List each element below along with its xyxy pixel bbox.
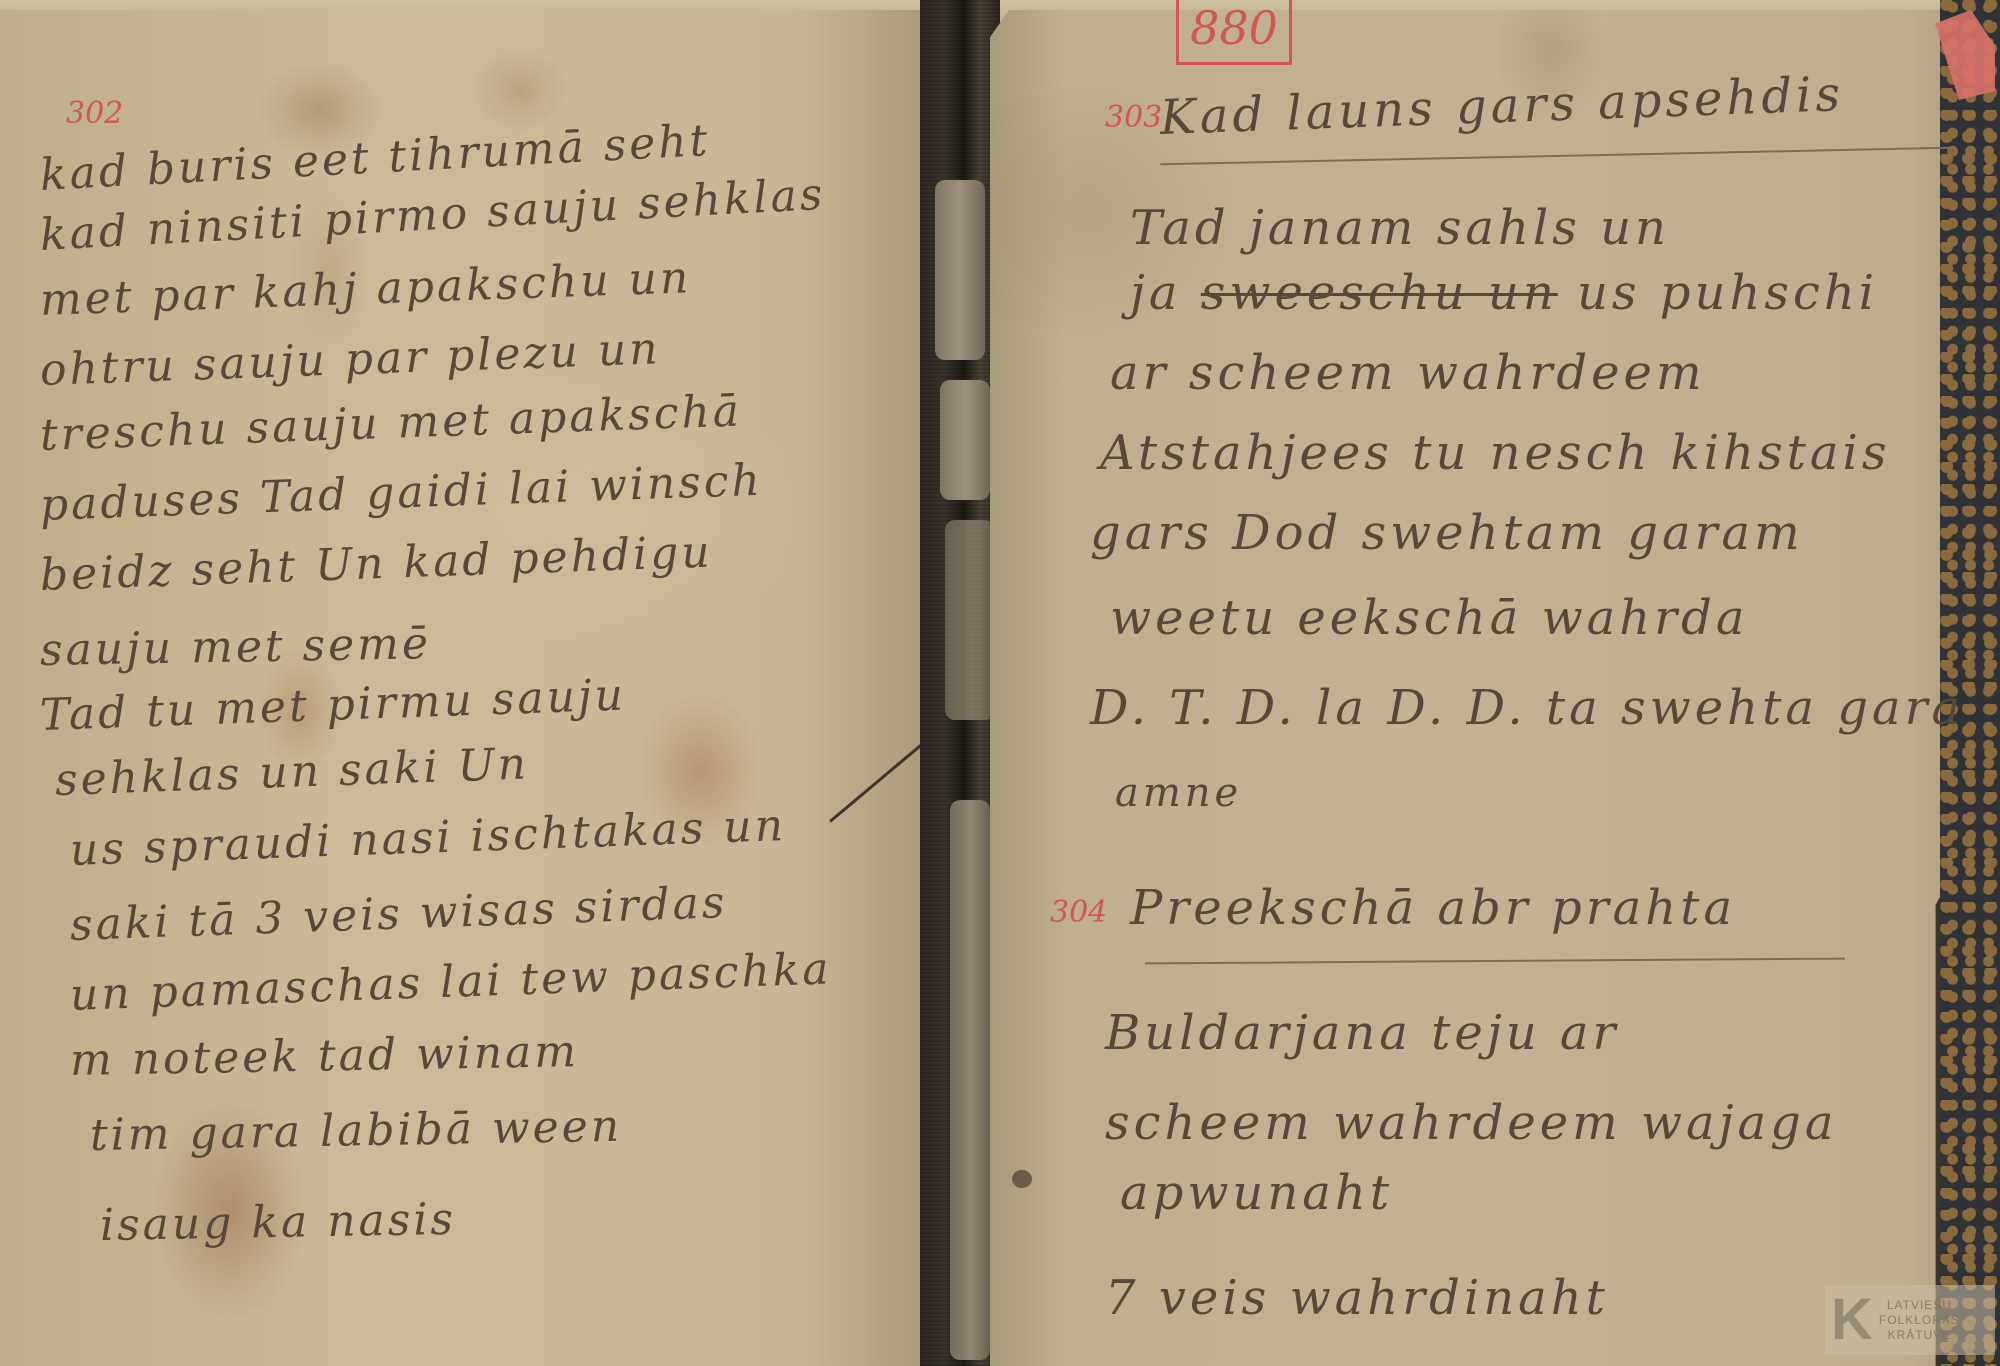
- line-text-continued: us puhschi: [1577, 265, 1878, 321]
- spine-torn-paper: [940, 380, 990, 500]
- struck-out-text: sweeschu un: [1201, 265, 1558, 321]
- entry-303-line-1: Tad janam sahls un: [1130, 200, 1670, 256]
- left-line-16: isaug ka nasis: [100, 1194, 457, 1251]
- archive-watermark: K LATVIEŠU FOLKLORAS KRĀTUVE: [1825, 1285, 1995, 1355]
- entry-304-line-1: Buldarjana teju ar: [1105, 1005, 1619, 1061]
- entry-number-302: 302: [66, 96, 123, 131]
- entry-303-line-6: weetu eekschā wahrda: [1110, 590, 1748, 646]
- entry-303-line-8: amne: [1115, 770, 1242, 816]
- archive-name-line: LATVIEŠU: [1879, 1298, 1960, 1313]
- entry-303-line-7: D. T. D. la D. D. ta swehta gara: [1090, 680, 1964, 736]
- entry-303-line-5: gars Dod swehtam garam: [1090, 505, 1804, 561]
- line-text: ja: [1130, 265, 1182, 321]
- entry-304-title: Preekschā abr prahta: [1130, 880, 1736, 936]
- entry-304-line-3: apwunaht: [1120, 1165, 1393, 1221]
- entry-303-line-3: ar scheem wahrdeem: [1110, 345, 1705, 401]
- left-line-14: m noteek tad winam: [70, 1026, 580, 1086]
- left-line-15: tim gara labibā ween: [90, 1101, 623, 1161]
- entry-303-line-2: ja sweeschu un us puhschi: [1130, 265, 1878, 321]
- entry-304-line-2: scheem wahrdeem wajaga: [1105, 1095, 1837, 1151]
- spine-torn-paper: [950, 800, 990, 1360]
- spine-torn-paper: [945, 520, 995, 720]
- archive-logo-icon: K: [1831, 1291, 1873, 1349]
- left-line-8: sauju met semē: [40, 618, 432, 676]
- entry-number-303: 303: [1105, 100, 1162, 135]
- ink-blot: [1012, 1170, 1032, 1188]
- archive-name-line: KRĀTUVE: [1879, 1328, 1960, 1343]
- spine-torn-paper: [935, 180, 985, 360]
- archive-name-line: FOLKLORAS: [1879, 1313, 1960, 1328]
- entry-304-line-4: 7 veis wahrdinaht: [1105, 1270, 1609, 1326]
- archive-name: LATVIEŠU FOLKLORAS KRĀTUVE: [1879, 1298, 1960, 1343]
- entry-303-line-4: Atstahjees tu nesch kihstais: [1100, 425, 1891, 481]
- archive-catalog-number: 880: [1176, 0, 1292, 65]
- entry-number-304: 304: [1050, 895, 1107, 930]
